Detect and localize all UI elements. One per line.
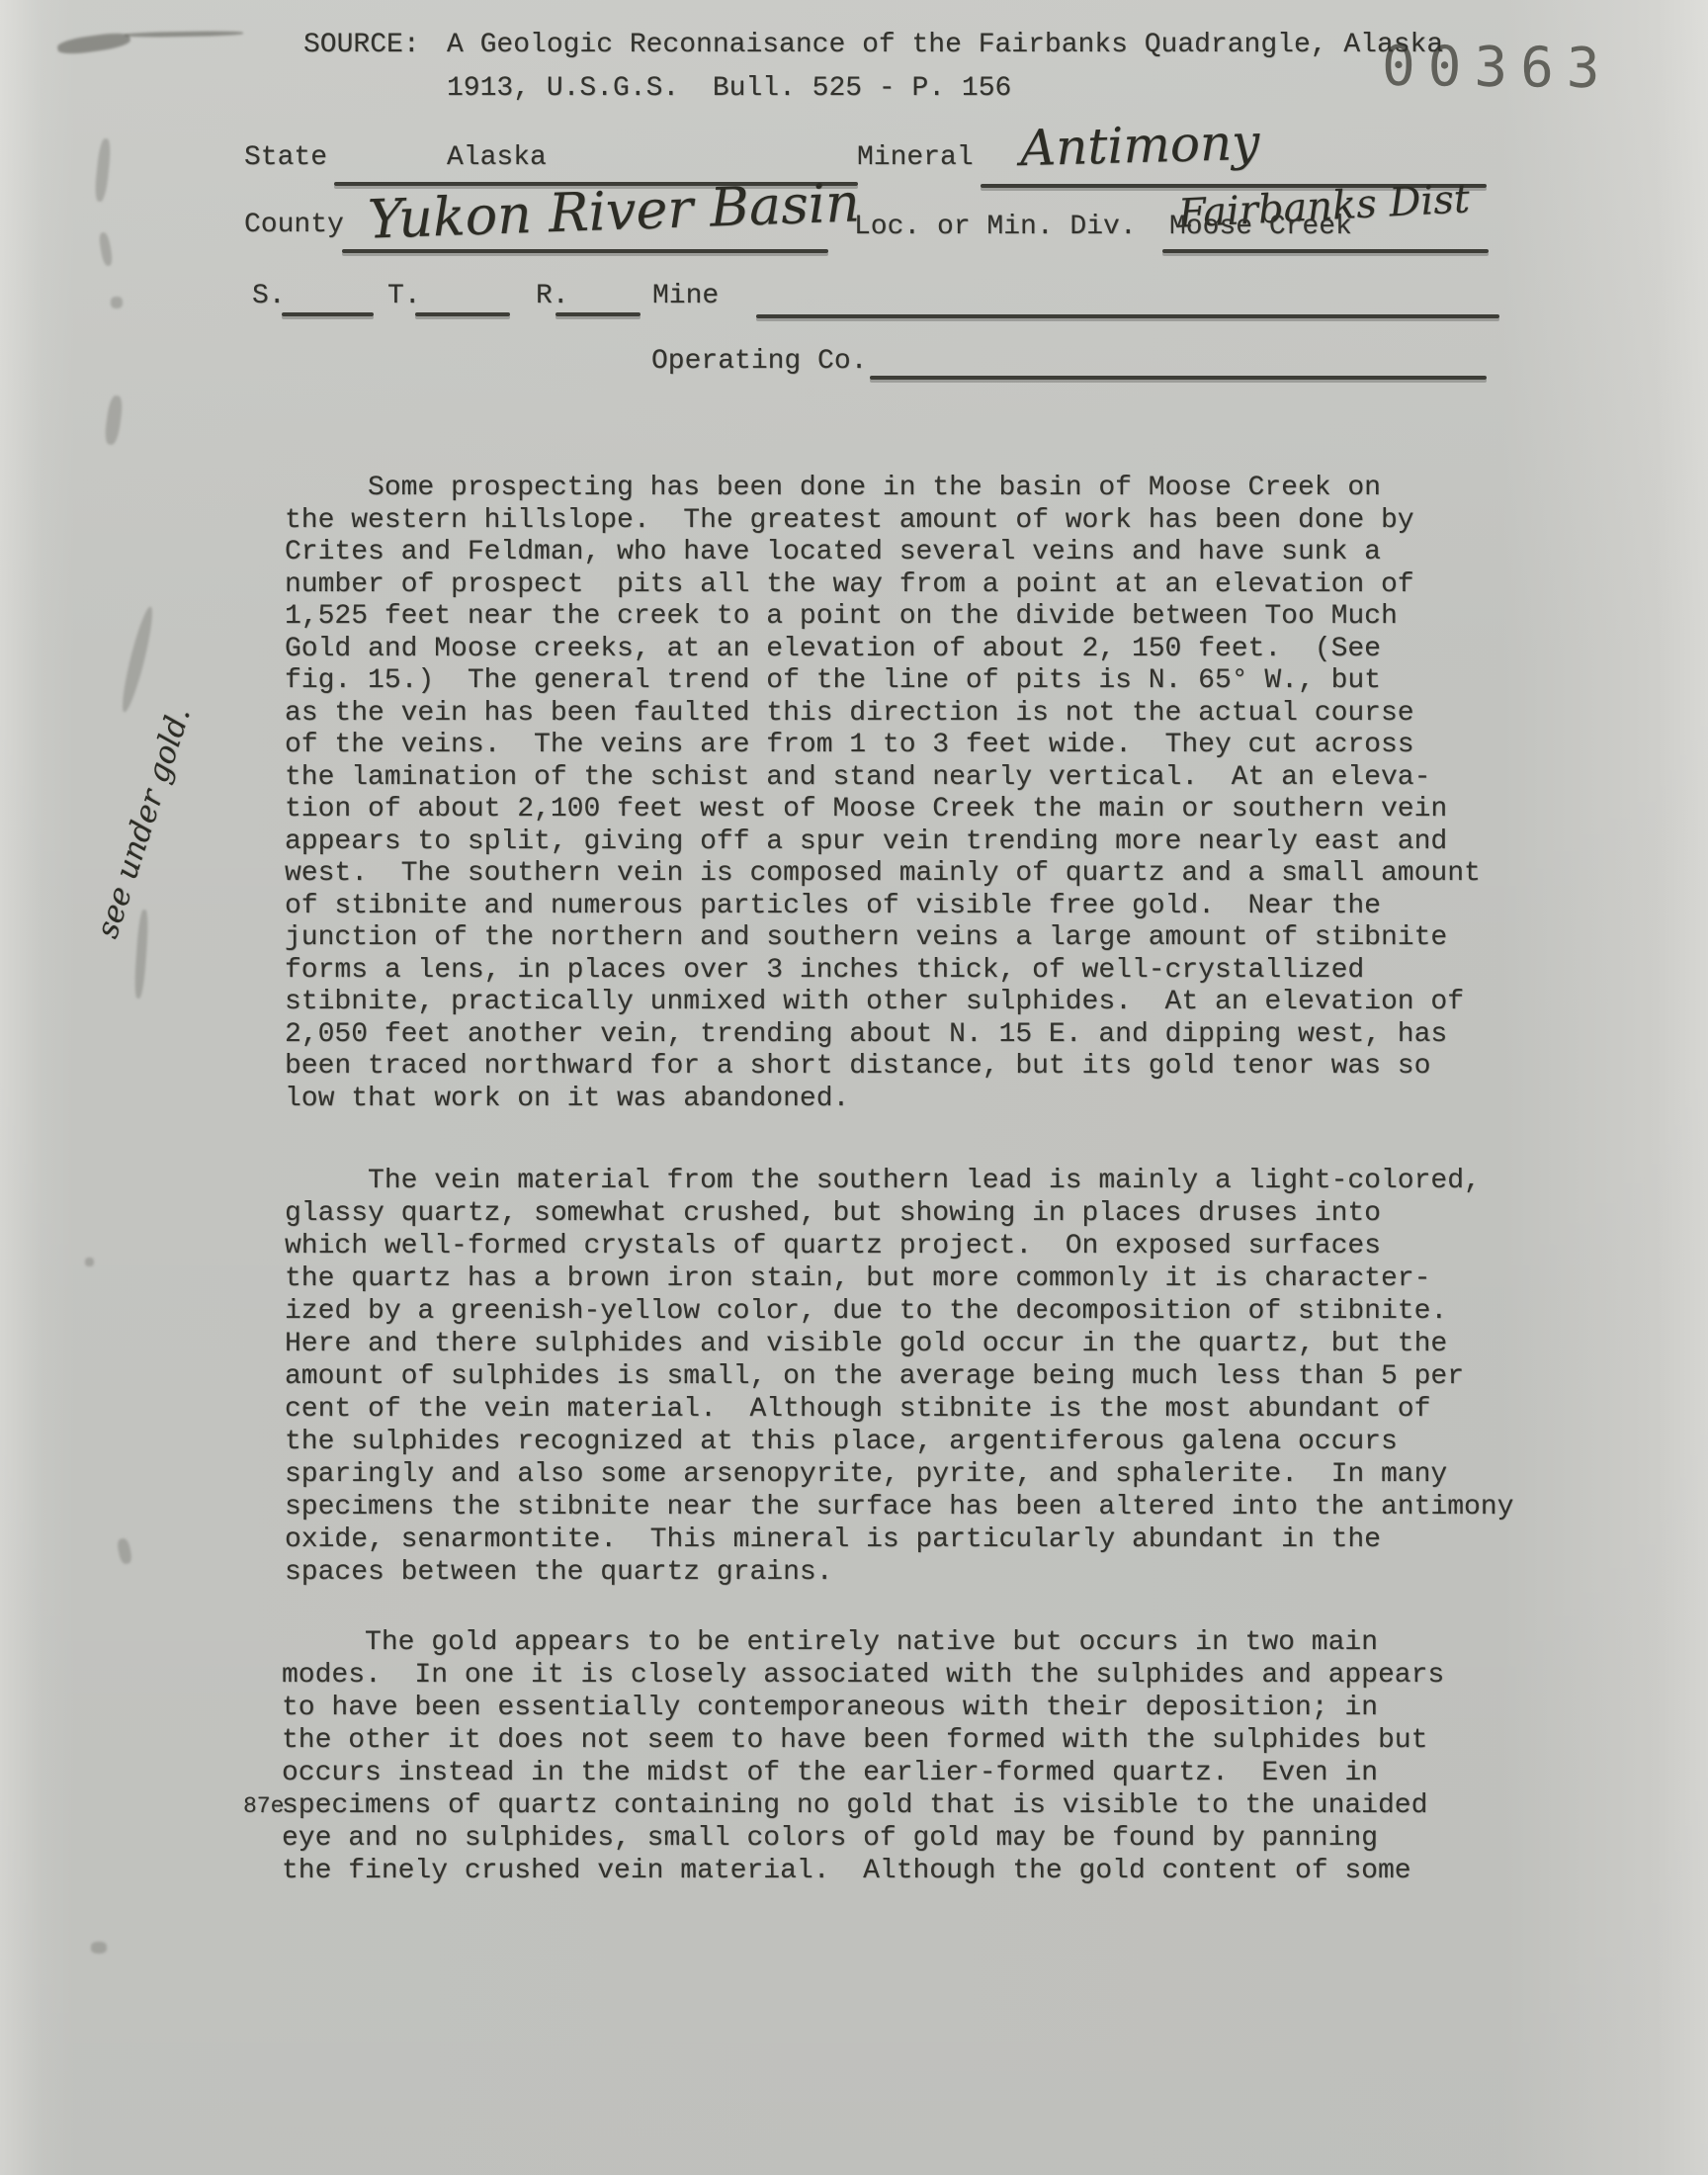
mine-underline [756,314,1499,318]
body-paragraph-3: The gold appears to be entirely native b… [282,1626,1444,1887]
operating-co-label: Operating Co. [651,346,867,377]
township-underline [415,312,510,316]
smudge-mark [91,1942,107,1954]
smudge-mark [56,31,131,56]
scanned-document-page: 00363 SOURCE: A Geologic Reconnaisance o… [0,0,1708,2175]
county-underline [342,249,828,253]
mineral-label: Mineral [857,142,974,173]
margin-code: 87e [243,1793,284,1819]
smudge-mark [94,138,113,203]
location-underline [1162,249,1489,253]
state-label: State [244,142,327,173]
location-label: Loc. or Min. Div. [854,212,1137,242]
location-value-typed: Moose Creek [1169,212,1352,242]
smudge-mark [111,297,123,308]
smudge-mark [116,1537,132,1565]
body-paragraph-1: Some prospecting has been done in the ba… [285,473,1481,1115]
smudge-mark [104,394,125,445]
mine-label: Mine [652,281,719,311]
source-title-line2: 1913, U.S.G.S. Bull. 525 - P. 156 [447,73,1011,104]
smudge-mark [118,605,157,714]
smudge-mark [125,31,243,38]
section-label: S. [252,281,286,311]
smudge-mark [85,1258,94,1266]
smudge-mark [98,231,114,266]
source-title-line1: A Geologic Reconnaisance of the Fairbank… [447,30,1443,60]
range-label: R. [536,281,569,311]
township-label: T. [387,281,421,311]
county-label: County [244,210,344,240]
body-paragraph-2: The vein material from the southern lead… [285,1165,1513,1589]
state-value: Alaska [447,142,547,173]
range-underline [555,312,640,316]
section-underline [282,312,374,316]
source-label: SOURCE: [303,30,420,60]
operating-co-underline [870,376,1487,380]
mineral-value-handwritten: Antimony [1019,114,1260,177]
